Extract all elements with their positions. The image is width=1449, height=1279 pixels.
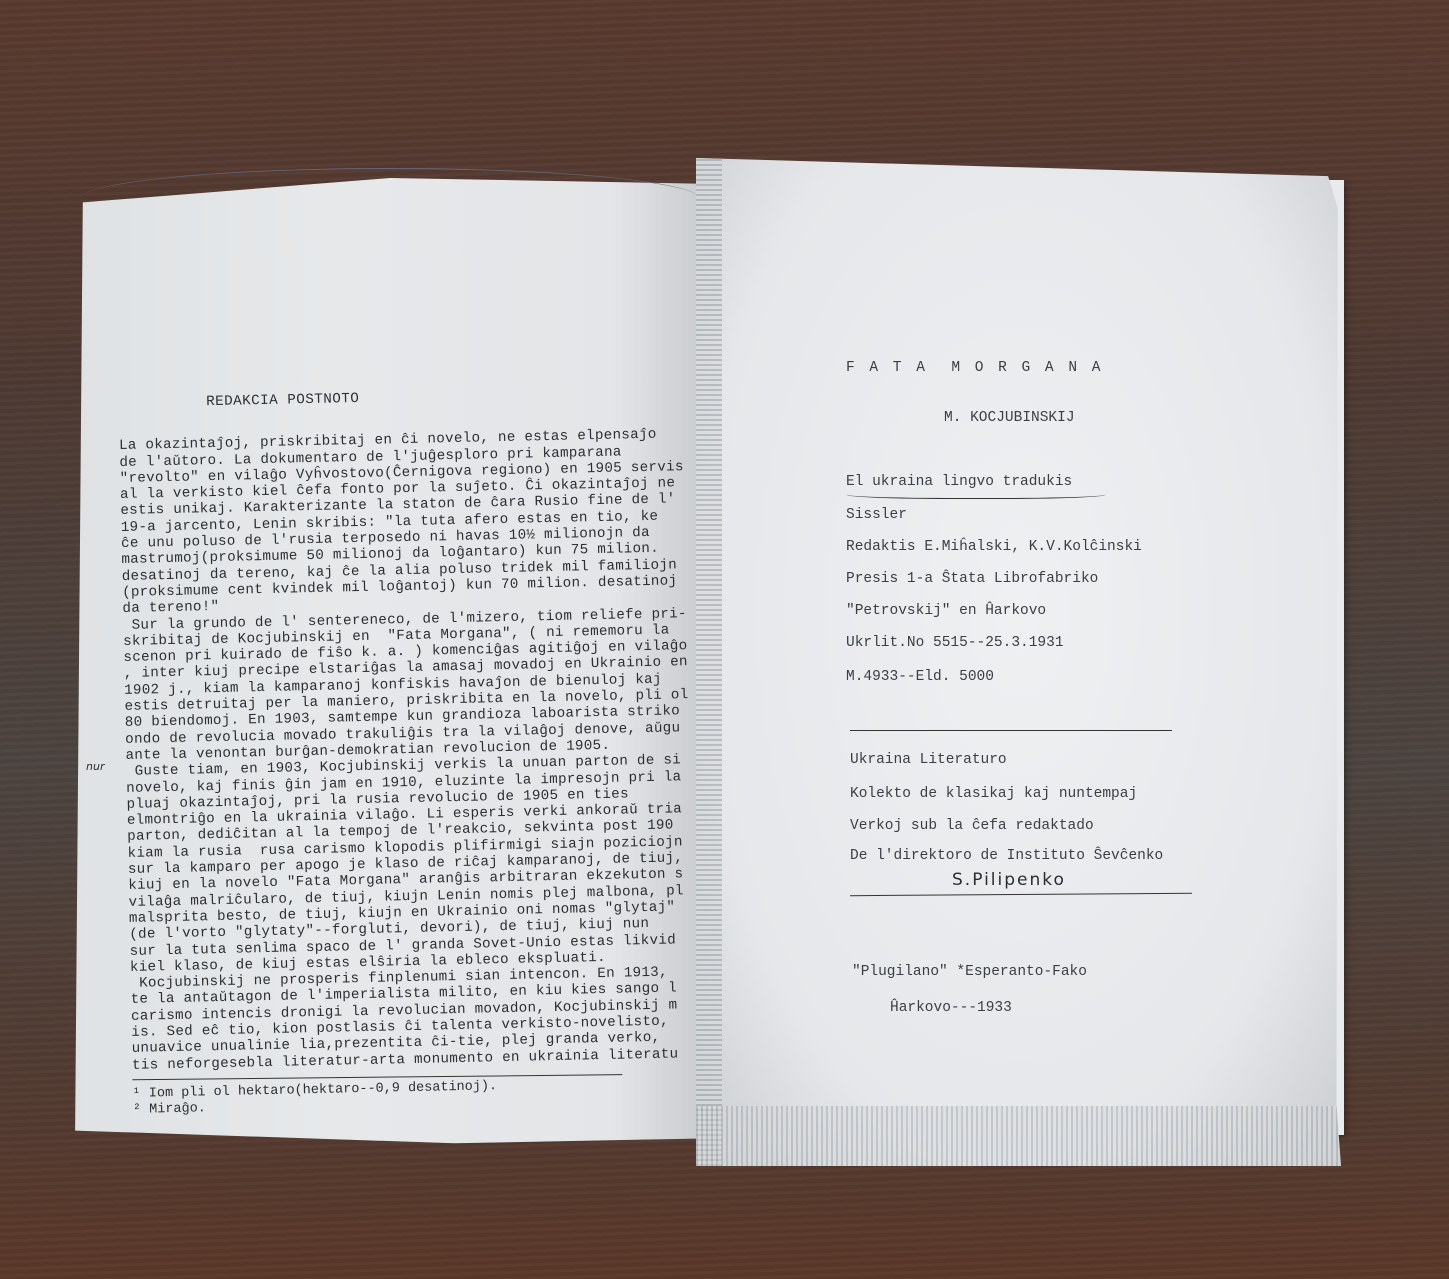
- handwritten-editor-name: S.Pilipenko: [952, 870, 1066, 890]
- afterword-paragraph-3: Guste tiam, en 1903, Kocjubinskij verkis…: [126, 752, 720, 976]
- editorial-afterword: REDAKCIA POSTNOTO La okazintaĵoj, priskr…: [118, 384, 723, 1120]
- divider-top: [850, 730, 1172, 731]
- edition-number: M.4933--Eld. 5000: [846, 669, 994, 685]
- editors-line: Redaktis E.Miĥalski, K.V.Kolĉinski: [846, 539, 1142, 555]
- place-year-line: Ĥarkovo---1933: [890, 1000, 1012, 1016]
- printer-line-2: "Petrovskij" en Ĥarkovo: [846, 603, 1046, 619]
- series-title: Ukraina Literaturo: [850, 752, 1007, 768]
- afterword-paragraph-4: Kocjubinskij ne prosperis finplenumi sia…: [130, 964, 722, 1074]
- title-page: [696, 158, 1341, 1166]
- book-title: F A T A M O R G A N A: [846, 360, 1103, 376]
- handwritten-margin-note: nur: [86, 760, 104, 773]
- series-line-2: Verkoj sub la ĉefa redaktado: [850, 818, 1094, 834]
- publisher-line: "Plugilano" *Esperanto-Fako: [852, 964, 1087, 980]
- printer-line-1: Presis 1-a Ŝtata Librofabriko: [846, 571, 1098, 587]
- translator: Sissler: [846, 507, 907, 523]
- ukrlit-number: Ukrlit.No 5515--25.3.1931: [846, 635, 1064, 651]
- series-line-1: Kolekto de klasikaj kaj nuntempaj: [850, 786, 1137, 802]
- series-line-3: De l'direktoro de Instituto Ŝevĉenko: [850, 848, 1163, 864]
- book-author: M. KOCJUBINSKIJ: [944, 410, 1075, 426]
- afterword-paragraph-1: La okazintaĵoj, priskribitaj en ĉi novel…: [119, 426, 713, 618]
- handwritten-underline: [846, 488, 1106, 499]
- afterword-paragraph-2: Sur la grundo de l' sentereneco, de l'mi…: [123, 605, 716, 764]
